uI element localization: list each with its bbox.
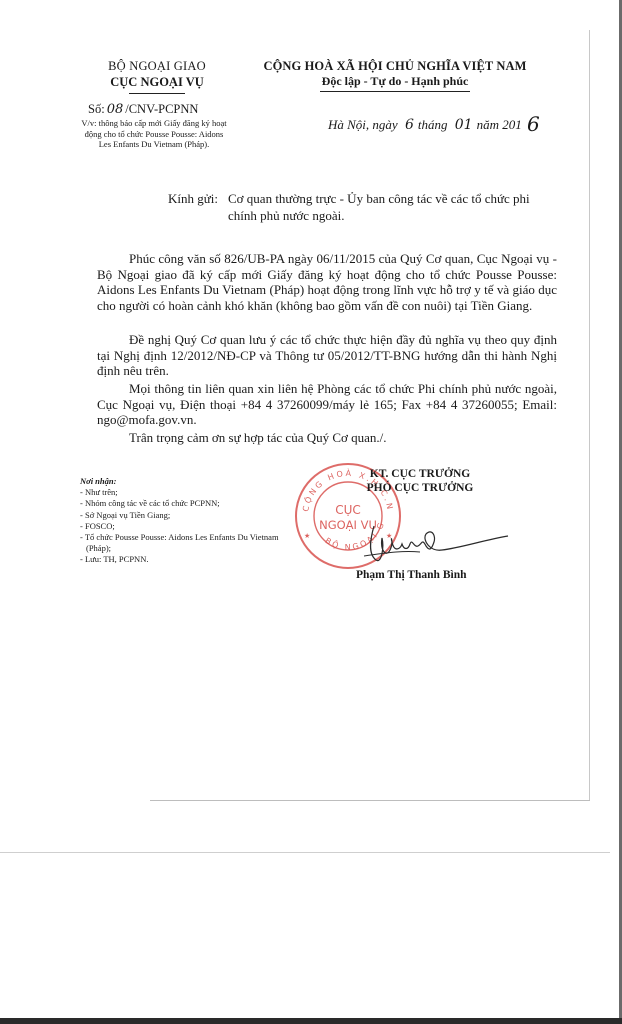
motto-underline <box>320 91 470 92</box>
doc-number-suffix: /CNV-PCPNN <box>125 102 198 116</box>
recipient-item: Lưu: TH, PCPNN. <box>80 554 285 565</box>
issuing-agency: BỘ NGOẠI GIAO CỤC NGOẠI VỤ <box>72 58 242 94</box>
recipient-item: FOSCO; <box>80 521 285 532</box>
scan-edge-bottom <box>0 1018 622 1024</box>
closing-line: Trân trọng cảm ơn sự hợp tác của Quý Cơ … <box>97 430 557 446</box>
addressee: Kính gửi: Cơ quan thường trực - Ủy ban c… <box>168 190 220 207</box>
recipient-item: Sở Ngoại vụ Tiền Giang; <box>80 510 285 521</box>
recipients-list: Như trên; Nhóm công tác về các tổ chức P… <box>80 487 285 565</box>
signer-role-line1: KT. CỤC TRƯỞNG <box>340 467 500 481</box>
date-prefix: Hà Nội, ngày <box>328 117 401 132</box>
national-motto: Độc lập - Tự do - Hạnh phúc <box>255 74 535 89</box>
body-paragraph: Đề nghị Quý Cơ quan lưu ý các tổ chức th… <box>97 332 557 379</box>
document-subject: V/v: thông báo cấp mới Giấy đăng ký hoạt… <box>80 118 228 150</box>
date-day: 6 <box>405 117 414 133</box>
department-name: CỤC NGOẠI VỤ <box>72 74 242 90</box>
date-year-label: năm 201 <box>477 117 525 132</box>
scan-artifact-line <box>589 30 590 800</box>
doc-number-handwritten: 08 <box>107 102 124 117</box>
date-month: 01 <box>455 117 473 133</box>
recipient-item: Nhóm công tác về các tổ chức PCPNN; <box>80 498 285 509</box>
scan-artifact-line <box>0 852 610 853</box>
document-number: Số:08/CNV-PCPNN <box>88 102 198 117</box>
doc-number-prefix: Số: <box>88 102 105 116</box>
stamp-center-line1: CỤC <box>335 503 361 517</box>
recipient-item: Như trên; <box>80 487 285 498</box>
date-month-label: tháng <box>418 117 451 132</box>
recipients-title: Nơi nhận: <box>80 476 285 487</box>
handwritten-signature-icon <box>360 520 510 570</box>
republic-title: CỘNG HOÀ XÃ HỘI CHỦ NGHĨA VIỆT NAM <box>255 58 535 74</box>
signer-name: Phạm Thị Thanh Bình <box>356 569 467 581</box>
body-paragraph: Mọi thông tin liên quan xin liên hệ Phòn… <box>97 381 557 428</box>
ministry-name: BỘ NGOẠI GIAO <box>72 58 242 74</box>
body-paragraph: Phúc công văn số 826/UB-PA ngày 06/11/20… <box>97 251 557 313</box>
scan-artifact-line <box>150 800 590 801</box>
date-year-digit: 6 <box>527 112 540 136</box>
addressee-label: Kính gửi: <box>168 190 220 207</box>
signature-block: KT. CỤC TRƯỞNG PHÓ CỤC TRƯỞNG <box>340 467 500 495</box>
addressee-text: Cơ quan thường trực - Ủy ban công tác về… <box>228 190 558 224</box>
date-line: Hà Nội, ngày 6tháng 01năm 201 6 <box>328 112 540 136</box>
signer-role-line2: PHÓ CỤC TRƯỞNG <box>340 481 500 495</box>
svg-text:★: ★ <box>304 532 310 540</box>
recipient-item: Tổ chức Pousse Pousse: Aidons Les Enfant… <box>80 532 285 554</box>
department-underline <box>129 93 185 94</box>
national-header: CỘNG HOÀ XÃ HỘI CHỦ NGHĨA VIỆT NAM Độc l… <box>255 58 535 92</box>
recipients-block: Nơi nhận: Như trên; Nhóm công tác về các… <box>80 476 285 566</box>
